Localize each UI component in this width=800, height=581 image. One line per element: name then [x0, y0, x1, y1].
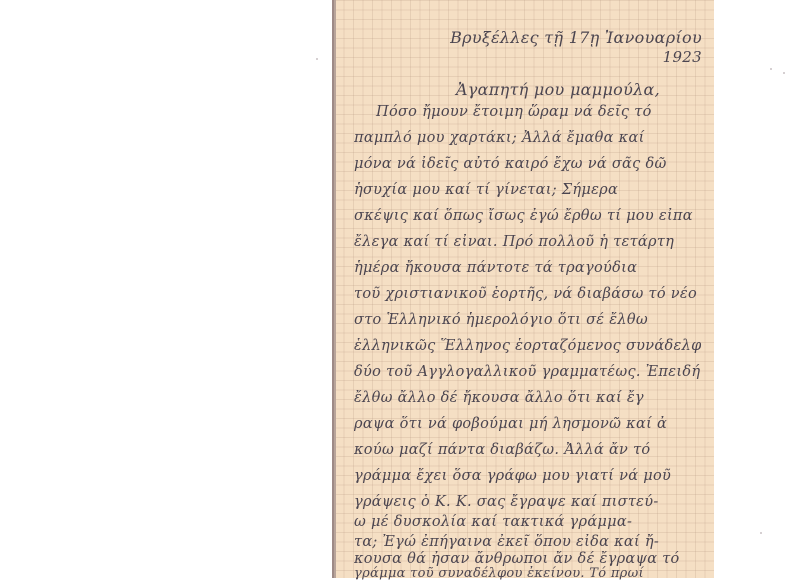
letter-line: ἔλεγα καί τί εἶναι. Πρό πολλοῦ ἡ τετάρτη	[354, 234, 702, 250]
letter-line: Πόσο ἤμουν ἔτοιμη ὥραμ νά δεῖς τό	[354, 104, 702, 120]
letter-line: ραψα ὅτι νά φοβούμαι μή λησμονῶ καί ἀ	[354, 416, 702, 432]
letter-line: τοῦ χριστιανικοῦ ἑορτῆς, νά διαβάσω τό ν…	[354, 286, 702, 302]
letter-line: μόνα νά ἰδεῖς αὐτό καιρό ἔχω νά σᾶς δῶ	[354, 156, 702, 172]
letter-line: ἔλθω ἄλλο δέ ἤκουσα ἄλλο ὅτι καί ἔγ	[354, 390, 702, 406]
scan-speck	[770, 68, 772, 70]
letter-year: 1923	[354, 48, 702, 66]
letter-line: σκέψις καί ὅπως ἴσως ἐγώ ἔρθω τί μου εἶπ…	[354, 208, 702, 224]
letter-line: ἡσυχία μου καί τί γίνεται; Σήμερα	[354, 182, 702, 198]
letter-line: γράμμα ἔχει ὅσα γράφω μου γιατί νά μοῦ	[354, 468, 702, 484]
letter-page: Βρυξέλλες τῇ 17ῃ Ἰανουαρίου 1923 Ἀγαπητή…	[334, 0, 714, 578]
scan-speck	[760, 532, 762, 534]
letter-line: κουσα θά ἦσαν ἄνθρωποι ἄν δέ ἔγραψα τό	[354, 551, 702, 567]
scan-speck	[316, 58, 318, 60]
letter-line: στο Ἑλληνικό ἡμερολόγιο ὅτι σέ ἔλθω	[354, 312, 702, 328]
letter-line: γράψεις ὁ Κ. Κ. σας ἔγραψε καί πιστεύ-	[354, 494, 702, 510]
letter-line: ἑλληνικῶς Ἕλληνος ἑορταζόμενος συνάδελφο	[354, 338, 702, 354]
letter-line: τα; Ἐγώ ἐπήγαινα ἐκεῖ ὅπου εἶδα καί ἤ-	[354, 534, 702, 550]
letter-line: κούω μαζί πάντα διαβάζω. Ἀλλά ἄν τό	[354, 442, 702, 458]
scan-speck	[783, 72, 785, 74]
letter-line: δύο τοῦ Αγγλογαλλικοῦ γραμματέως. Ἐπειδή…	[354, 364, 702, 380]
letter-line: παμπλό μου χαρτάκι; Ἀλλά ἔμαθα καί	[354, 130, 702, 146]
letter-line: ἡμέρα ἤκουσα πάντοτε τά τραγούδια	[354, 260, 702, 276]
letter-place-date: Βρυξέλλες τῇ 17ῃ Ἰανουαρίου	[354, 28, 702, 47]
letter-line: ω μέ δυσκολία καί τακτικά γράμμα-	[354, 514, 702, 530]
letter-salutation: Ἀγαπητή μου μαμμούλα,	[354, 80, 702, 99]
letter-line: γράμμα τοῦ συναδέλφου ἐκείνου. Τό πρωί	[354, 566, 702, 581]
